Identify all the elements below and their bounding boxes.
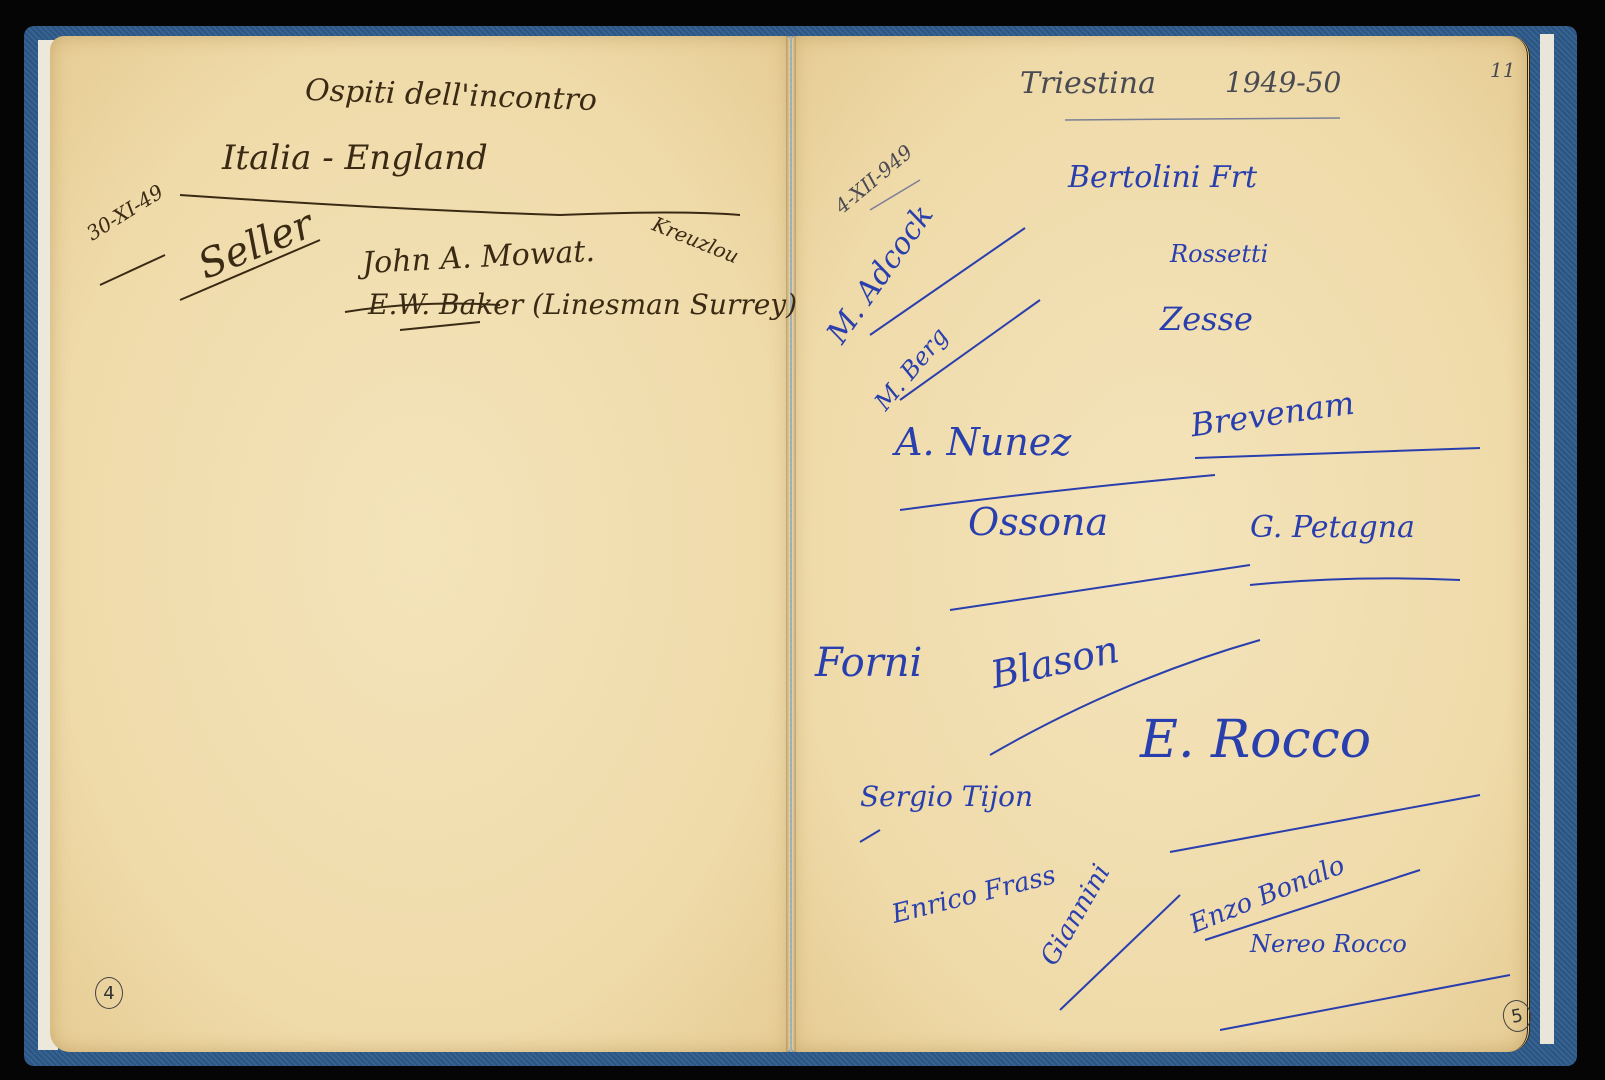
signature: Zesse xyxy=(1160,300,1253,338)
signature: Bertolini Frt xyxy=(1068,160,1257,195)
signature: Rossetti xyxy=(1170,240,1268,268)
right-endpaper xyxy=(1540,34,1554,1044)
season-label: 1949-50 xyxy=(1225,66,1341,99)
left-subheading: Italia - England xyxy=(222,138,488,178)
signature: G. Petagna xyxy=(1250,510,1415,545)
signature: Nereo Rocco xyxy=(1250,930,1407,958)
page-number-left: 4 xyxy=(95,977,123,1009)
signature: A. Nunez xyxy=(895,420,1071,464)
signature: Ossona xyxy=(968,500,1108,544)
signature: Forni xyxy=(815,640,922,686)
signature: E.W. Baker (Linesman Surrey) xyxy=(368,288,797,321)
signature: Sergio Tijon xyxy=(860,780,1033,813)
corner-number: 11 xyxy=(1490,58,1515,82)
signature: E. Rocco xyxy=(1140,710,1371,770)
book-gutter xyxy=(786,36,796,1052)
right-heading: Triestina xyxy=(1020,66,1156,101)
